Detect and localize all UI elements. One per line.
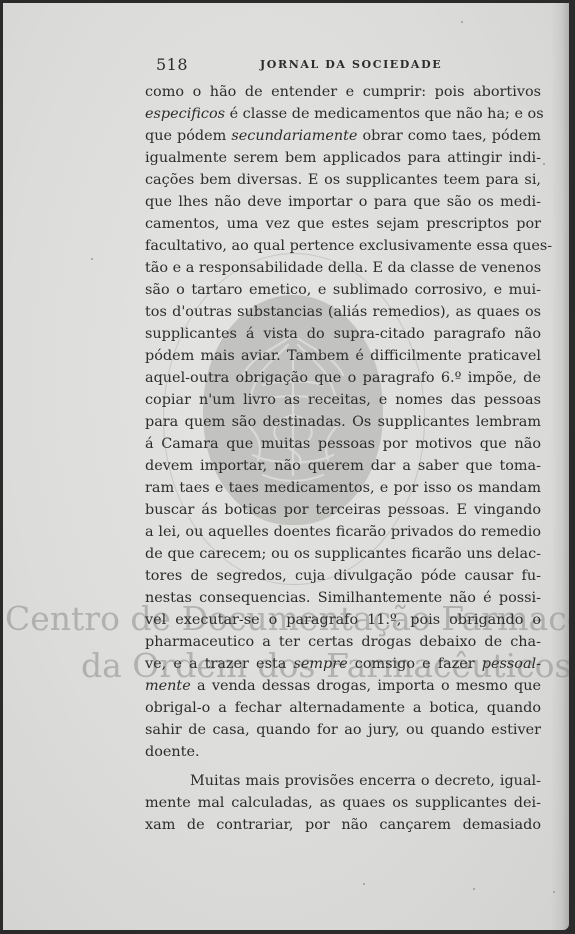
italic-text: especificos bbox=[145, 106, 225, 122]
text-segment: buscar ás boticas por terceiras pessoas.… bbox=[145, 502, 541, 518]
text-line: aquel-outra obrigação que o paragrafo 6.… bbox=[145, 367, 541, 389]
text-line: de que carecem; ou os supplicantes ficar… bbox=[145, 543, 541, 565]
text-line: igualmente serem bem applicados para att… bbox=[145, 147, 541, 169]
text-segment: a venda dessas drogas, importa o mesmo q… bbox=[191, 678, 541, 694]
page-number: 518 bbox=[156, 55, 188, 74]
text-line: pódem mais aviar. Tambem é difficilmente… bbox=[145, 345, 541, 367]
italic-text: mente bbox=[145, 678, 191, 694]
text-line: obrigal-o a fechar alternadamente a boti… bbox=[145, 697, 541, 719]
text-segment: facultativo, ao qual pertence exclusivam… bbox=[145, 238, 552, 254]
text-line: tão e a responsabilidade della. E da cla… bbox=[145, 257, 541, 279]
text-line: a lei, ou aquelles doentes ficarão priva… bbox=[145, 521, 541, 543]
text-line: doente. bbox=[145, 741, 541, 763]
page-content: 518 JORNAL DA SOCIEDADE como o hão de en… bbox=[145, 55, 541, 836]
text-segment: comsigo e fazer bbox=[348, 656, 482, 672]
text-segment: cações bem diversas. E os supplicantes t… bbox=[145, 172, 541, 188]
paper-speck bbox=[461, 21, 463, 23]
text-line: mente mal calculadas, as quaes os suppli… bbox=[145, 792, 541, 814]
text-segment: igualmente serem bem applicados para att… bbox=[145, 150, 541, 166]
text-line: copiar n'um livro as receitas, e nomes d… bbox=[145, 389, 541, 411]
text-line: nestas consequencias. Similhantemente nã… bbox=[145, 587, 541, 609]
italic-text: pessoal- bbox=[482, 656, 541, 672]
scanned-page: Centro de Documentação Farmacêutica da O… bbox=[0, 0, 575, 934]
text-line: Muitas mais provisões encerra o decreto,… bbox=[145, 770, 541, 792]
text-segment: á Camara que muitas pessoas por motivos … bbox=[145, 436, 541, 452]
text-line: ve, e a trazer esta sempre comsigo e faz… bbox=[145, 653, 541, 675]
text-segment: copiar n'um livro as receitas, e nomes d… bbox=[145, 392, 541, 408]
text-segment: tos d'outras substancias (aliás remedios… bbox=[145, 304, 541, 320]
text-segment: são o tartaro emetico, e sublimado corro… bbox=[145, 282, 541, 298]
text-segment: que pódem bbox=[145, 128, 231, 144]
text-line: especificos é classe de medicamentos que… bbox=[145, 103, 541, 125]
page-header: 518 JORNAL DA SOCIEDADE bbox=[145, 55, 541, 77]
paper-speck bbox=[473, 888, 475, 890]
text-line: pharmaceutico a ter certas drogas debaix… bbox=[145, 631, 541, 653]
text-segment: supplicantes á vista do supra-citado par… bbox=[145, 326, 541, 342]
text-segment: que lhes não deve importar o para que sã… bbox=[145, 194, 541, 210]
text-line: xam de contrariar, por não cançarem dema… bbox=[145, 814, 541, 836]
text-segment: pharmaceutico a ter certas drogas debaix… bbox=[145, 634, 541, 650]
running-head: JORNAL DA SOCIEDADE bbox=[260, 58, 442, 71]
paper-sheet: Centro de Documentação Farmacêutica da O… bbox=[3, 3, 569, 930]
text-segment: devem importar, não querem dar a saber q… bbox=[145, 458, 541, 474]
text-line: para quem são destinadas. Os supplicante… bbox=[145, 411, 541, 433]
text-segment: a lei, ou aquelles doentes ficarão priva… bbox=[145, 524, 541, 540]
text-line: facultativo, ao qual pertence exclusivam… bbox=[145, 235, 541, 257]
paper-speck bbox=[543, 163, 545, 165]
text-segment: tão e a responsabilidade della. E da cla… bbox=[145, 260, 541, 276]
text-segment: ram taes e taes medicamentos, e por isso… bbox=[145, 480, 541, 496]
text-line: devem importar, não querem dar a saber q… bbox=[145, 455, 541, 477]
text-segment: pódem mais aviar. Tambem é difficilmente… bbox=[145, 348, 541, 364]
text-segment: nestas consequencias. Similhantemente nã… bbox=[145, 590, 541, 606]
text-segment: camentos, uma vez que estes sejam prescr… bbox=[145, 216, 541, 232]
text-line: supplicantes á vista do supra-citado par… bbox=[145, 323, 541, 345]
text-line: como o hão de entender e cumprir: pois a… bbox=[145, 81, 541, 103]
text-line: que pódem secundariamente obrar como tae… bbox=[145, 125, 541, 147]
text-segment: Muitas mais provisões encerra o decreto,… bbox=[190, 773, 541, 789]
text-line: buscar ás boticas por terceiras pessoas.… bbox=[145, 499, 541, 521]
text-line: são o tartaro emetico, e sublimado corro… bbox=[145, 279, 541, 301]
text-line: cações bem diversas. E os supplicantes t… bbox=[145, 169, 541, 191]
text-segment: obrar como taes, pódem bbox=[357, 128, 541, 144]
text-line: tos d'outras substancias (aliás remedios… bbox=[145, 301, 541, 323]
italic-text: secundariamente bbox=[231, 128, 357, 144]
paper-speck bbox=[91, 258, 93, 260]
text-line: á Camara que muitas pessoas por motivos … bbox=[145, 433, 541, 455]
paper-speck bbox=[553, 891, 555, 893]
paper-speck bbox=[363, 883, 365, 885]
text-segment: vel executar-se o paragrafo 11.º, pois o… bbox=[145, 612, 541, 628]
spine-shadow bbox=[551, 3, 569, 930]
text-line: vel executar-se o paragrafo 11.º, pois o… bbox=[145, 609, 541, 631]
text-segment: sahir de casa, quando for ao jury, ou qu… bbox=[145, 722, 541, 738]
text-segment: doente. bbox=[145, 744, 200, 760]
text-line: ram taes e taes medicamentos, e por isso… bbox=[145, 477, 541, 499]
text-segment: mente mal calculadas, as quaes os suppli… bbox=[145, 795, 541, 811]
text-line: que lhes não deve importar o para que sã… bbox=[145, 191, 541, 213]
text-line: mente a venda dessas drogas, importa o m… bbox=[145, 675, 541, 697]
italic-text: sempre bbox=[293, 656, 347, 672]
text-line: camentos, uma vez que estes sejam prescr… bbox=[145, 213, 541, 235]
text-segment: aquel-outra obrigação que o paragrafo 6.… bbox=[145, 370, 541, 386]
text-segment: como o hão de entender e cumprir: pois a… bbox=[145, 84, 541, 100]
text-line: tores de segredos, cuja divulgação póde … bbox=[145, 565, 541, 587]
text-segment: de que carecem; ou os supplicantes ficar… bbox=[145, 546, 541, 562]
text-segment: é classe de medicamentos que não ha; e o… bbox=[225, 106, 544, 122]
text-segment: tores de segredos, cuja divulgação póde … bbox=[145, 568, 541, 584]
text-line: sahir de casa, quando for ao jury, ou qu… bbox=[145, 719, 541, 741]
text-segment: para quem são destinadas. Os supplicante… bbox=[145, 414, 541, 430]
text-segment: obrigal-o a fechar alternadamente a boti… bbox=[145, 700, 541, 716]
body-text: como o hão de entender e cumprir: pois a… bbox=[145, 81, 541, 836]
text-segment: ve, e a trazer esta bbox=[145, 656, 293, 672]
text-segment: xam de contrariar, por não cançarem dema… bbox=[145, 817, 541, 833]
